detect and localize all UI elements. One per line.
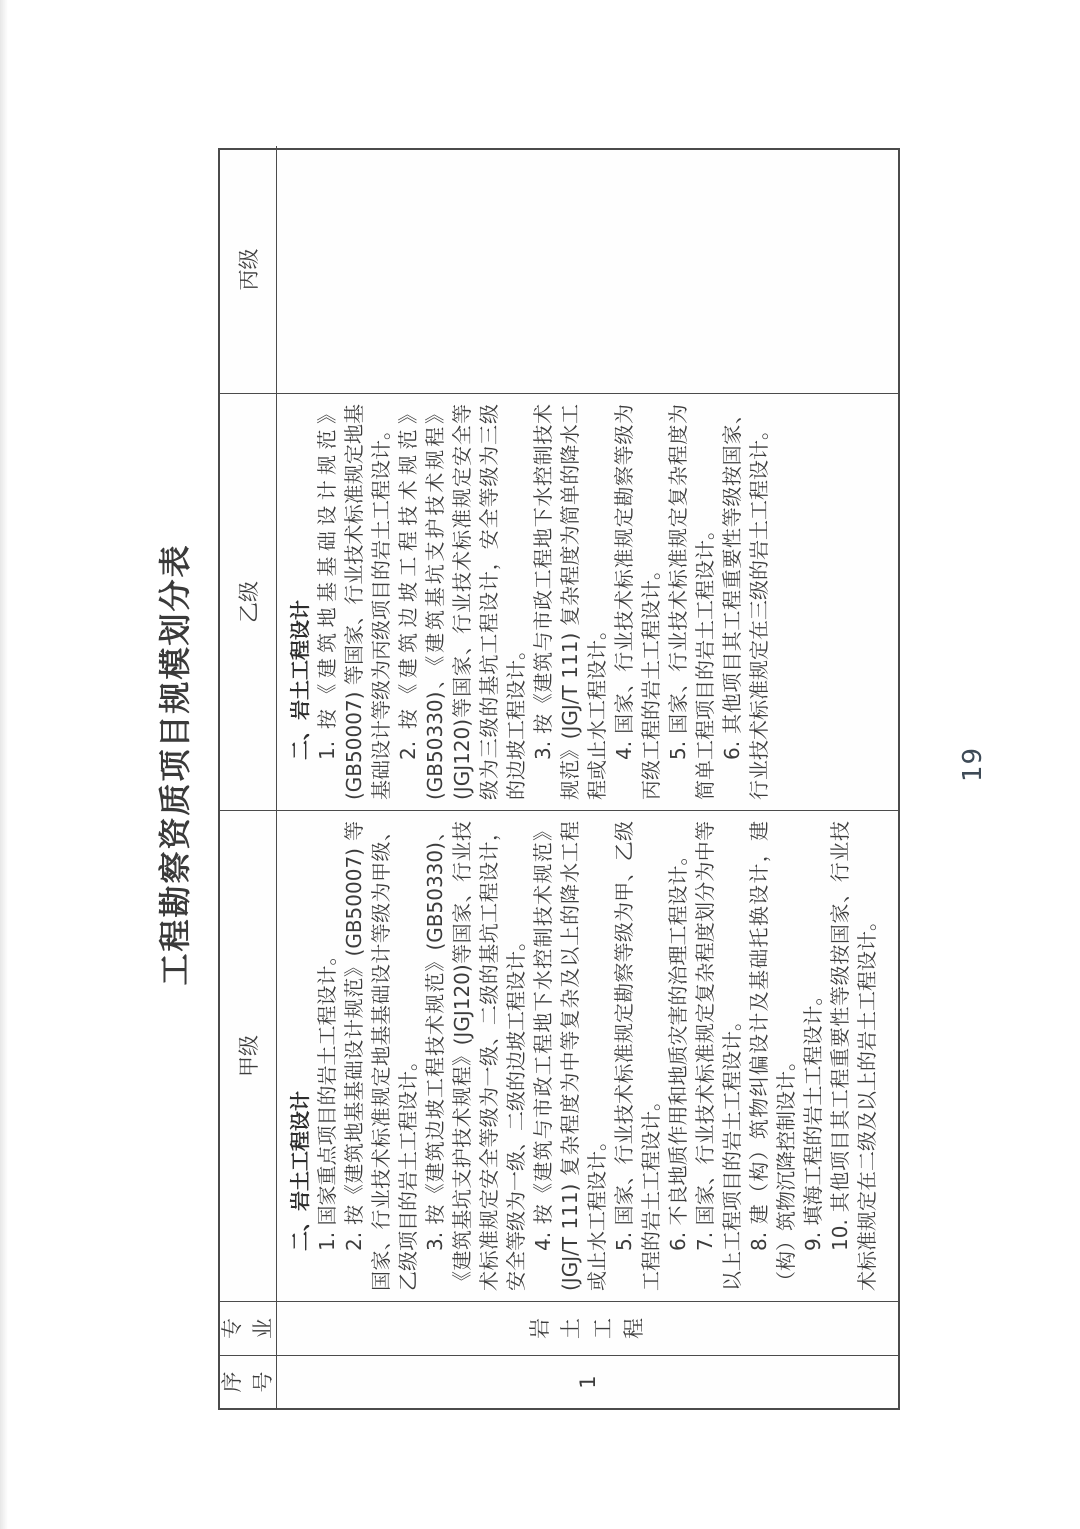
header-specialty-label: 专业 xyxy=(220,1317,277,1340)
list-item: 2. 按《建筑地基基础设计规范》(GB50007) 等国家、行业技术标准规定地基… xyxy=(341,821,422,1291)
cell-grade-c-content xyxy=(277,146,898,393)
serial-number-value: 1 xyxy=(576,1375,600,1388)
cell-grade-a-content: 二、岩土工程设计 1. 国家重点项目的岩土工程设计。2. 按《建筑地基基础设计规… xyxy=(277,810,898,1301)
list-item: 8. 建（构）筑物纠偏设计及基础托换设计，建（构）筑物沉降控制设计。 xyxy=(746,821,800,1291)
scanned-document-page: 工程勘察资质项目规模划分表 序号 专业 甲级 乙级 丙级 1 xyxy=(0,0,1080,1529)
header-cell-specialty: 专业 xyxy=(220,1301,277,1355)
specialty-value: 岩土工程 xyxy=(525,1317,651,1340)
list-item: 4. 国家、行业技术标准规定勘察等级为丙级工程的岩土工程设计。 xyxy=(611,404,665,800)
header-cell-serial: 序号 xyxy=(220,1355,277,1408)
header-cell-grade-c: 丙级 xyxy=(220,146,277,393)
header-cell-grade-a: 甲级 xyxy=(220,810,277,1301)
cell-grade-b-content: 二、岩土工程设计 1. 按《建筑地基基础设计规范》(GB50007) 等国家、行… xyxy=(277,393,898,810)
list-item: 4. 按《建筑与市政工程地下水控制技术规范》(JGJ/T 111) 复杂程度为中… xyxy=(530,821,611,1291)
list-item: 1. 国家重点项目的岩土工程设计。 xyxy=(314,821,341,1291)
list-item: 3. 按《建筑与市政工程地下水控制技术规范》(JGJ/T 111) 复杂程度为简… xyxy=(530,404,611,800)
list-item: 2. 按《建筑边坡工程技术规范》(GB50330)、《建筑基坑支护技术规程》(J… xyxy=(395,404,530,800)
header-grade-c-label: 丙级 xyxy=(233,249,263,291)
cell-serial-number: 1 xyxy=(277,1355,898,1408)
list-item: 6. 其他项目其工程重要性等级按国家、行业技术标准规定在三级的岩土工程设计。 xyxy=(719,404,773,800)
qualification-table: 序号 专业 甲级 乙级 丙级 1 岩土工程 二、岩土工程设计 xyxy=(218,148,900,1410)
grade-b-heading: 二、岩土工程设计 xyxy=(287,404,314,800)
page-number: 19 xyxy=(958,0,988,1529)
grade-b-item-list: 1. 按《建筑地基基础设计规范》(GB50007) 等国家、行业技术标准规定地基… xyxy=(314,404,773,800)
list-item: 5. 国家、行业技术标准规定勘察等级为甲、乙级工程的岩土工程设计。 xyxy=(611,821,665,1291)
list-item: 6. 不良地质作用和地质灾害的治理工程设计。 xyxy=(665,821,692,1291)
list-item: 1. 按《建筑地基基础设计规范》(GB50007) 等国家、行业技术标准规定地基… xyxy=(314,404,395,800)
list-item: 10. 其他项目其工程重要性等级按国家、行业技术标准规定在二级及以上的岩土工程设… xyxy=(827,821,881,1291)
cell-specialty: 岩土工程 xyxy=(277,1301,898,1355)
header-serial-label: 序号 xyxy=(220,1370,277,1393)
rotated-sheet: 工程勘察资质项目规模划分表 序号 专业 甲级 乙级 丙级 1 xyxy=(0,0,1080,1529)
grade-a-heading: 二、岩土工程设计 xyxy=(287,821,314,1291)
header-grade-a-label: 甲级 xyxy=(233,1035,263,1077)
list-item: 7. 国家、行业技术标准规定复杂程度划分为中等以上工程项目的岩土工程设计。 xyxy=(692,821,746,1291)
header-grade-b-label: 乙级 xyxy=(233,581,263,623)
list-item: 3. 按《建筑边坡工程技术规范》(GB50330)、《建筑基坑支护技术规程》(J… xyxy=(422,821,530,1291)
page-title: 工程勘察资质项目规模划分表 xyxy=(150,0,196,1529)
list-item: 5. 国家、行业技术标准规定复杂程度为简单工程项目的岩土工程设计。 xyxy=(665,404,719,800)
list-item: 9. 填海工程的岩土工程设计。 xyxy=(800,821,827,1291)
header-cell-grade-b: 乙级 xyxy=(220,393,277,810)
grade-a-item-list: 1. 国家重点项目的岩土工程设计。2. 按《建筑地基基础设计规范》(GB5000… xyxy=(314,821,881,1291)
